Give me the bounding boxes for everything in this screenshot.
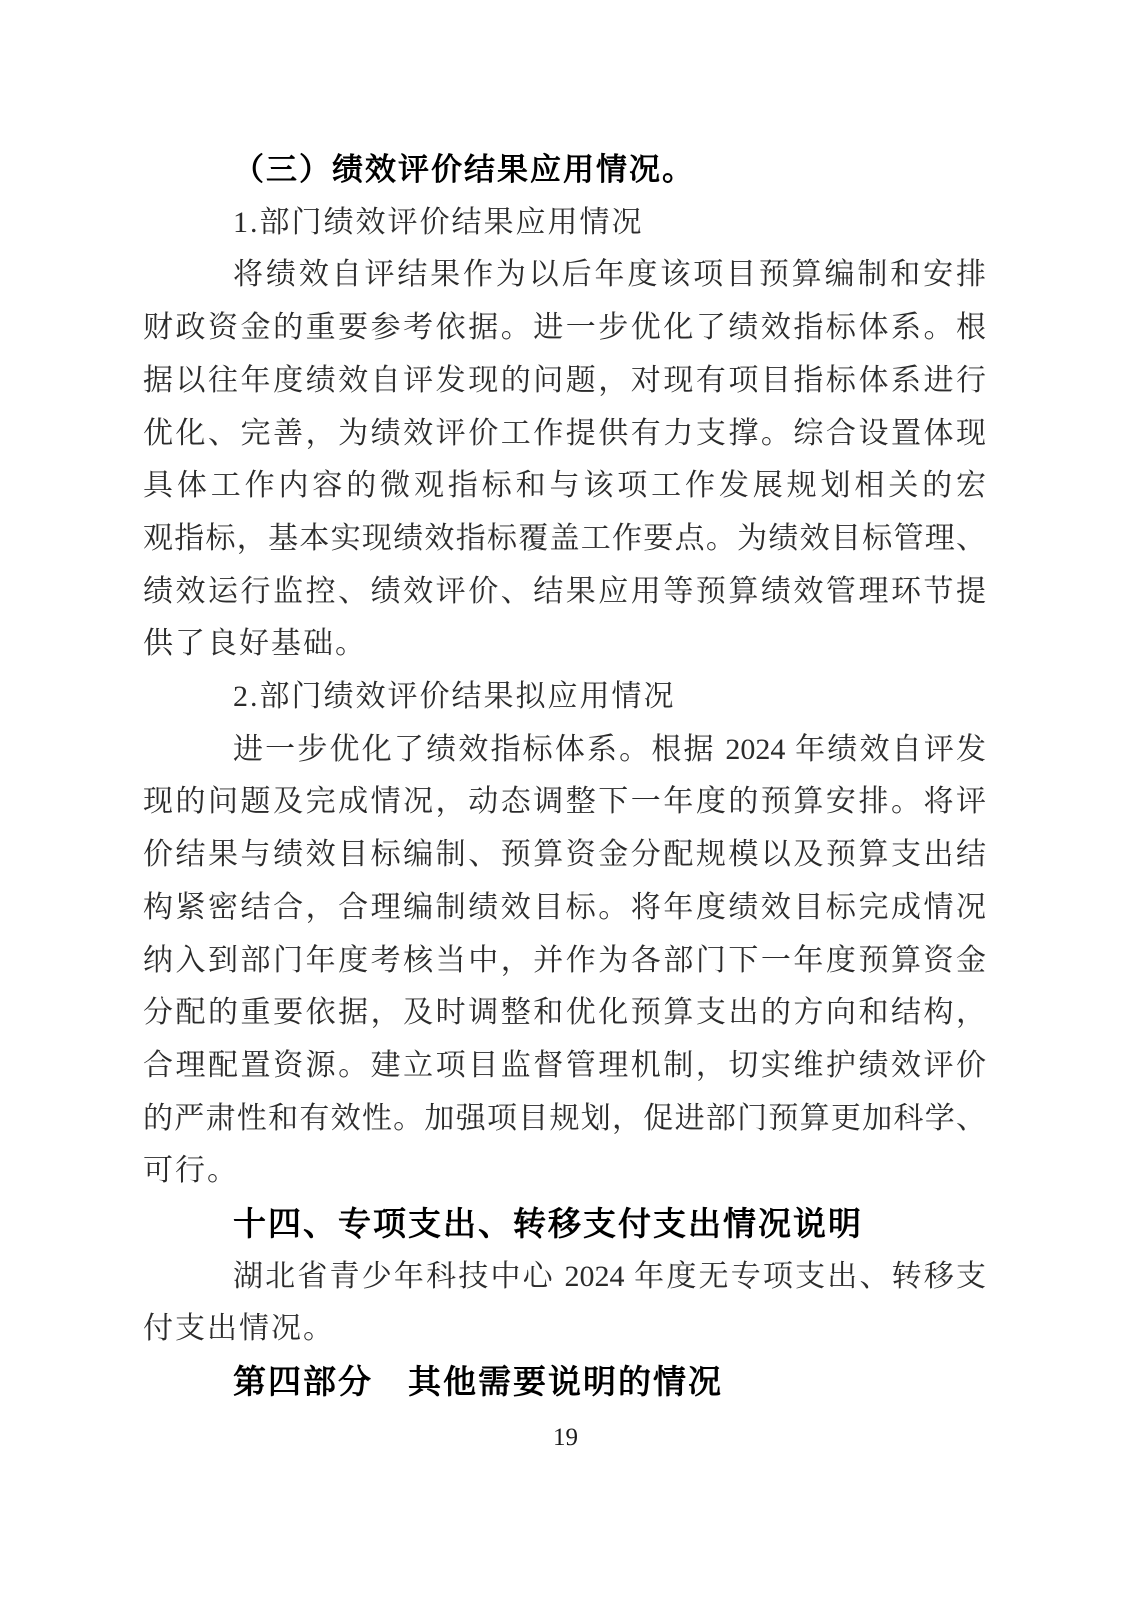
- body-line: 可行。: [143, 1145, 986, 1198]
- body-line: 现的问题及完成情况，动态调整下一年度的预算安排。将评: [143, 776, 986, 829]
- document-body: （三）绩效评价结果应用情况。1.部门绩效评价结果应用情况将绩效自评结果作为以后年…: [143, 144, 986, 1409]
- body-line: 湖北省青少年科技中心 2024 年度无专项支出、转移支: [143, 1251, 986, 1304]
- body-line: 纳入到部门年度考核当中，并作为各部门下一年度预算资金: [143, 935, 986, 988]
- body-line: 付支出情况。: [143, 1303, 986, 1356]
- body-line: 优化、完善，为绩效评价工作提供有力支撑。综合设置体现: [143, 408, 986, 461]
- body-line: 将绩效自评结果作为以后年度该项目预算编制和安排: [143, 249, 986, 302]
- body-line: 分配的重要依据，及时调整和优化预算支出的方向和结构，: [143, 987, 986, 1040]
- body-line: 据以往年度绩效自评发现的问题，对现有项目指标体系进行: [143, 355, 986, 408]
- subsection-heading: （三）绩效评价结果应用情况。: [143, 144, 986, 197]
- body-line: 进一步优化了绩效指标体系。根据 2024 年绩效自评发: [143, 724, 986, 777]
- numbered-item-heading: 1.部门绩效评价结果应用情况: [143, 197, 986, 250]
- part-heading: 第四部分 其他需要说明的情况: [143, 1356, 986, 1409]
- body-line: 具体工作内容的微观指标和与该项工作发展规划相关的宏: [143, 460, 986, 513]
- body-line: 财政资金的重要参考依据。进一步优化了绩效指标体系。根: [143, 302, 986, 355]
- body-line: 价结果与绩效目标编制、预算资金分配规模以及预算支出结: [143, 829, 986, 882]
- page-number: 19: [0, 1424, 1131, 1452]
- document-page: （三）绩效评价结果应用情况。1.部门绩效评价结果应用情况将绩效自评结果作为以后年…: [0, 0, 1131, 1600]
- section-heading: 十四、专项支出、转移支付支出情况说明: [143, 1198, 986, 1251]
- body-line: 绩效运行监控、绩效评价、结果应用等预算绩效管理环节提: [143, 566, 986, 619]
- body-line: 的严肃性和有效性。加强项目规划，促进部门预算更加科学、: [143, 1093, 986, 1146]
- body-line: 合理配置资源。建立项目监督管理机制，切实维护绩效评价: [143, 1040, 986, 1093]
- body-line: 供了良好基础。: [143, 618, 986, 671]
- body-line: 观指标，基本实现绩效指标覆盖工作要点。为绩效目标管理、: [143, 513, 986, 566]
- body-line: 构紧密结合，合理编制绩效目标。将年度绩效目标完成情况: [143, 882, 986, 935]
- numbered-item-heading: 2.部门绩效评价结果拟应用情况: [143, 671, 986, 724]
